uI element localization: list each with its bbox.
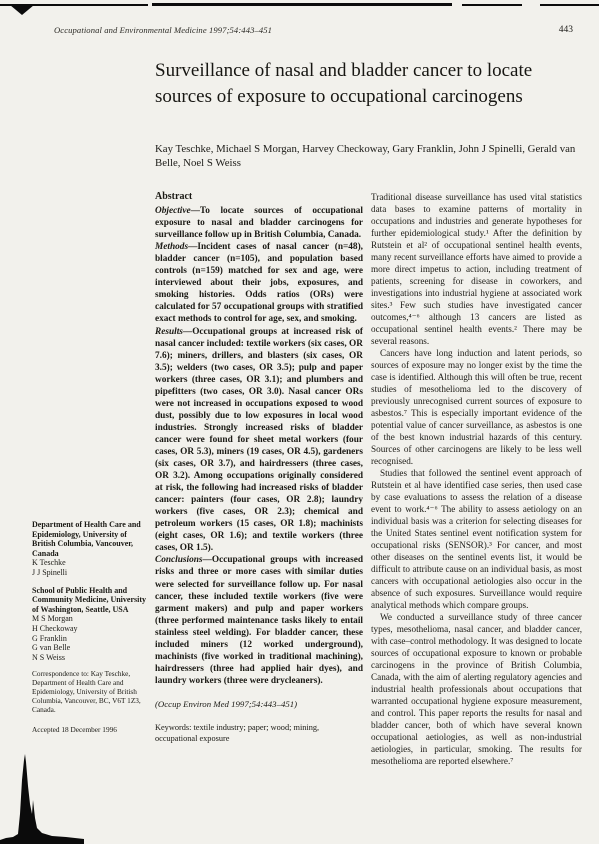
affiliation-name: School of Public Health and Community Me… [32,586,149,615]
abstract-objective: Objective—To locate sources of occupatio… [155,205,363,241]
accepted-date: Accepted 18 December 1996 [32,726,149,735]
abstract-results-label: Results [155,327,183,337]
article-citation: (Occup Environ Med 1997;54:443–451) [155,698,363,710]
abstract-results-text: —Occupational groups at increased risk o… [155,327,363,554]
affiliation-person: G van Belle [32,643,149,653]
affiliation-sidebar: Department of Health Care and Epidemiolo… [32,520,149,735]
affiliation-person: K Teschke [32,558,149,568]
affiliation-block: Department of Health Care and Epidemiolo… [32,520,149,578]
scan-artifact-top-line [152,3,452,6]
abstract-methods-label: Methods [155,242,188,252]
abstract-conclusions-text: —Occupational groups with increased risk… [155,555,363,685]
author-list: Kay Teschke, Michael S Morgan, Harvey Ch… [155,143,585,170]
abstract-column: Abstract Objective—To locate sources of … [155,191,363,744]
affiliation-person: H Checkoway [32,624,149,634]
body-paragraph: Traditional disease surveillance has use… [371,191,582,347]
affiliation-person: G Franklin [32,634,149,644]
affiliation-name: Department of Health Care and Epidemiolo… [32,520,149,558]
journal-reference: Occupational and Environmental Medicine … [54,25,394,35]
scan-artifact-top-line [462,4,522,6]
abstract-methods-text: —Incident cases of nasal cancer (n=48), … [155,242,363,324]
affiliation-block: School of Public Health and Community Me… [32,586,149,663]
abstract-conclusions: Conclusions—Occupational groups with inc… [155,554,363,687]
body-paragraph: We conducted a surveillance study of thr… [371,611,582,767]
affiliation-person: M S Morgan [32,614,149,624]
page-number: 443 [559,25,573,35]
abstract-objective-label: Objective [155,206,191,216]
abstract-methods: Methods—Incident cases of nasal cancer (… [155,241,363,325]
body-column: Traditional disease surveillance has use… [371,191,582,767]
affiliation-person: J J Spinelli [32,568,149,578]
correspondence-note: Correspondence to: Kay Teschke, Departme… [32,670,149,715]
keywords: Keywords: textile industry; paper; wood;… [155,723,363,744]
abstract-heading: Abstract [155,191,363,203]
scan-artifact-ink-blob [0,752,84,844]
body-paragraph: Cancers have long induction and latent p… [371,347,582,467]
journal-page: Occupational and Environmental Medicine … [0,0,599,844]
abstract-conclusions-label: Conclusions [155,555,203,565]
abstract-results: Results—Occupational groups at increased… [155,326,363,555]
article-title: Surveillance of nasal and bladder cancer… [155,58,589,110]
body-paragraph: Studies that followed the sentinel event… [371,467,582,611]
scan-artifact-wedge [10,5,34,15]
scan-artifact-top-line [540,4,599,6]
affiliation-person: N S Weiss [32,653,149,663]
